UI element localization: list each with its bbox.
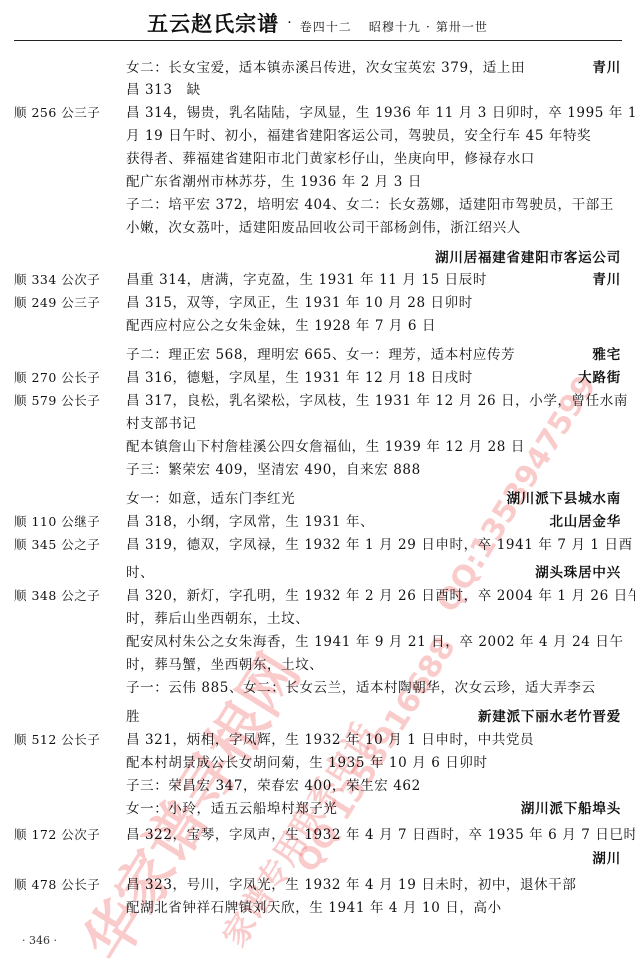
- entry-text: 女一：如意，适东门李红光: [126, 488, 295, 510]
- entry-line: 配西应村应公之女朱金妹，生 1928 年 7 月 6 日: [0, 315, 635, 337]
- entry-line: 配本村胡景成公长女胡问菊，生 1935 年 10 月 6 日卯时: [0, 752, 635, 774]
- entry-text: 配西应村应公之女朱金妹，生 1928 年 7 月 6 日: [126, 315, 436, 337]
- entry-line: 女一：如意，适东门李红光湖川派下县城水南: [0, 488, 635, 510]
- branch-location: 湖川派下船埠头: [521, 798, 621, 820]
- entry-line: 顺 249 公三子昌 315，双等，字凤正，生 1931 年 10 月 28 日…: [0, 292, 635, 314]
- lineage-label: 顺 478 公长子: [14, 874, 100, 896]
- entry-text: 胜: [126, 706, 140, 728]
- branch-location: 湖川居福建省建阳市客运公司: [435, 247, 621, 269]
- entry-line: 配安凤村朱公之女朱海香，生 1941 年 9 月 21 日，卒 2002 年 4…: [0, 631, 635, 653]
- branch-location: 大路街: [578, 367, 621, 389]
- volume-label: 卷四十二: [300, 20, 352, 34]
- entry-text: 月 19 日午时、初小，福建省建阳客运公司，驾驶员，安全行车 45 年特奖: [126, 125, 591, 147]
- entry-line: 顺 110 公继子昌 318，小纲，字凤常，生 1931 年、北山居金华: [0, 511, 635, 533]
- entry-text: 昌 323，号川，字凤光，生 1932 年 4 月 19 日未时，初中，退休干部: [126, 874, 576, 896]
- branch-location: 新建派下丽水老竹晋爱: [478, 706, 621, 728]
- entry-line: 顺 345 公之子昌 319，德双，字凤禄，生 1932 年 1 月 29 日申…: [0, 534, 635, 556]
- entry-line: 顺 348 公之子昌 320，新灯，字孔明，生 1932 年 2 月 26 日酉…: [0, 585, 635, 607]
- entry-text: 昌 317，良松，乳名梁松，字凤枝，生 1931 年 12 月 26 日，小学，…: [126, 390, 628, 412]
- lineage-label: 顺 172 公次子: [14, 824, 100, 846]
- header-separator: ·: [287, 15, 291, 31]
- lineage-label: 顺 110 公继子: [14, 511, 100, 533]
- entry-text: 子三：繁荣宏 409，坚清宏 490，自来宏 888: [126, 459, 421, 481]
- entry-text: 配本村胡景成公长女胡问菊，生 1935 年 10 月 6 日卯时: [126, 752, 488, 774]
- entry-text: 配湖北省钟祥石牌镇刘天欣，生 1941 年 4 月 10 日，高小: [126, 897, 502, 919]
- entry-line: 村支部书记: [0, 413, 635, 435]
- entry-line: 女一：小玲，适五云船埠村郑子光湖川派下船埠头: [0, 798, 635, 820]
- entry-text: 昌 313 缺: [126, 79, 201, 101]
- entry-line: 湖川: [0, 848, 635, 870]
- entry-text: 配安凤村朱公之女朱海香，生 1941 年 9 月 21 日，卒 2002 年 4…: [126, 631, 624, 653]
- entry-text: 昌 319，德双，字凤禄，生 1932 年 1 月 29 日申时，卒 1941 …: [126, 534, 633, 556]
- entry-text: 配本镇詹山下村詹桂溪公四女詹福仙，生 1939 年 12 月 28 日: [126, 436, 525, 458]
- entry-text: 昌重 314，唐满，字克盈，生 1931 年 11 月 15 日辰时: [126, 269, 487, 291]
- entry-line: 顺 478 公长子昌 323，号川，字凤光，生 1932 年 4 月 19 日未…: [0, 874, 635, 896]
- entry-text: 昌 322，宝琴，字凤声，生 1932 年 4 月 7 日酉时，卒 1935 年…: [126, 824, 635, 846]
- entry-text: 昌 318，小纲，字凤常，生 1931 年、: [126, 511, 374, 533]
- entry-line: 顺 256 公三子昌 314，锡贵，乳名陆陆，字凤显，生 1936 年 11 月…: [0, 102, 635, 124]
- lineage-label: 顺 249 公三子: [14, 292, 100, 314]
- entry-line: 昌 313 缺: [0, 79, 635, 101]
- entry-text: 昌 316，德魁，字凤星，生 1931 年 12 月 18 日戌时: [126, 367, 473, 389]
- entry-line: 子二：培平宏 372，培明宏 404、女二：长女荔娜，适建阳市驾驶员，干部王: [0, 194, 635, 216]
- entry-line: 配广东省潮州市林苏芬，生 1936 年 2 月 3 日: [0, 171, 635, 193]
- branch-location: 湖头珠居中兴: [535, 562, 621, 584]
- page-header: 五云赵氏宗谱 · 卷四十二 昭穆十九 · 第卅一世: [0, 8, 635, 38]
- entry-line: 子一：云伟 885、女二：长女云兰，适本村陶朝华，次女云珍，适大弄李云: [0, 677, 635, 699]
- entry-line: 胜新建派下丽水老竹晋爱: [0, 706, 635, 728]
- book-title: 五云赵氏宗谱: [147, 11, 279, 36]
- branch-location: 湖川派下县城水南: [507, 488, 621, 510]
- branch-location: 雅宅: [592, 344, 621, 366]
- entry-text: 子一：云伟 885、女二：长女云兰，适本村陶朝华，次女云珍，适大弄李云: [126, 677, 596, 699]
- lineage-label: 顺 270 公长子: [14, 367, 100, 389]
- entry-text: 时，葬马蟹，坐西朝东，土坟、: [126, 654, 323, 676]
- entry-text: 子二：培平宏 372，培明宏 404、女二：长女荔娜，适建阳市驾驶员，干部王: [126, 194, 614, 216]
- lineage-label: 顺 345 公之子: [14, 534, 100, 556]
- page-number: · 346 ·: [22, 934, 57, 947]
- entry-line: 时，葬后山坐西朝东，土坟、: [0, 608, 635, 630]
- entry-line: 湖川居福建省建阳市客运公司: [0, 247, 635, 269]
- entry-text: 时、: [126, 562, 154, 584]
- entry-text: 昌 314，锡贵，乳名陆陆，字凤显，生 1936 年 11 月 3 日卯时，卒 …: [126, 102, 635, 124]
- entry-line: 子三：荣昌宏 347，荣春宏 400，荣生宏 462: [0, 775, 635, 797]
- entry-text: 女一：小玲，适五云船埠村郑子光: [126, 798, 338, 820]
- entry-text: 小嫩，次女荔叶，适建阳废品回收公司干部杨剑伟，浙江绍兴人: [126, 217, 521, 239]
- entry-line: 月 19 日午时、初小，福建省建阳客运公司，驾驶员，安全行车 45 年特奖: [0, 125, 635, 147]
- generation-label: 第卅一世: [436, 20, 488, 34]
- entry-line: 小嫩，次女荔叶，适建阳废品回收公司干部杨剑伟，浙江绍兴人: [0, 217, 635, 239]
- entry-text: 昌 320，新灯，字孔明，生 1932 年 2 月 26 日酉时，卒 2004 …: [126, 585, 635, 607]
- entry-line: 顺 512 公长子昌 321，炳相，字凤辉，生 1932 年 10 月 1 日申…: [0, 729, 635, 751]
- entry-text: 获得者、葬福建省建阳市北门黄家杉仔山，坐庚向甲，修禄存水口: [126, 148, 535, 170]
- entry-text: 子二：理正宏 568，理明宏 665、女一：理芳，适本村应传芳: [126, 344, 515, 366]
- section-label: 昭穆十九: [369, 20, 421, 34]
- lineage-label: 顺 334 公次子: [14, 269, 100, 291]
- entry-line: 时，葬马蟹，坐西朝东，土坟、: [0, 654, 635, 676]
- branch-location: 青川: [592, 57, 621, 79]
- entry-text: 昌 321，炳相，字凤辉，生 1932 年 10 月 1 日申时，中共党员: [126, 729, 534, 751]
- branch-location: 湖川: [592, 848, 621, 870]
- entry-text: 子三：荣昌宏 347，荣春宏 400，荣生宏 462: [126, 775, 421, 797]
- entry-line: 顺 172 公次子昌 322，宝琴，字凤声，生 1932 年 4 月 7 日酉时…: [0, 824, 635, 846]
- entry-line: 配湖北省钟祥石牌镇刘天欣，生 1941 年 4 月 10 日，高小: [0, 897, 635, 919]
- lineage-label: 顺 512 公长子: [14, 729, 100, 751]
- entry-text: 配广东省潮州市林苏芬，生 1936 年 2 月 3 日: [126, 171, 422, 193]
- entry-line: 顺 579 公长子昌 317，良松，乳名梁松，字凤枝，生 1931 年 12 月…: [0, 390, 635, 412]
- entry-text: 时，葬后山坐西朝东，土坟、: [126, 608, 309, 630]
- branch-location: 北山居金华: [550, 511, 622, 533]
- lineage-label: 顺 579 公长子: [14, 390, 100, 412]
- entry-line: 子三：繁荣宏 409，坚清宏 490，自来宏 888: [0, 459, 635, 481]
- branch-location: 青川: [592, 269, 621, 291]
- lineage-label: 顺 256 公三子: [14, 102, 100, 124]
- entry-text: 村支部书记: [126, 413, 197, 435]
- entry-line: 顺 270 公长子昌 316，德魁，字凤星，生 1931 年 12 月 18 日…: [0, 367, 635, 389]
- section-separator: ·: [426, 20, 431, 34]
- entry-line: 子二：理正宏 568，理明宏 665、女一：理芳，适本村应传芳雅宅: [0, 344, 635, 366]
- entry-line: 获得者、葬福建省建阳市北门黄家杉仔山，坐庚向甲，修禄存水口: [0, 148, 635, 170]
- entry-line: 顺 334 公次子昌重 314，唐满，字克盈，生 1931 年 11 月 15 …: [0, 269, 635, 291]
- entry-text: 昌 315，双等，字凤正，生 1931 年 10 月 28 日卯时: [126, 292, 473, 314]
- entry-line: 女二：长女宝爱，适本镇赤溪吕传进，次女宝英宏 379，适上田青川: [0, 57, 635, 79]
- header-rule: [14, 40, 622, 41]
- entry-line: 时、湖头珠居中兴: [0, 562, 635, 584]
- lineage-label: 顺 348 公之子: [14, 585, 100, 607]
- entry-text: 女二：长女宝爱，适本镇赤溪吕传进，次女宝英宏 379，适上田: [126, 57, 525, 79]
- entry-line: 配本镇詹山下村詹桂溪公四女詹福仙，生 1939 年 12 月 28 日: [0, 436, 635, 458]
